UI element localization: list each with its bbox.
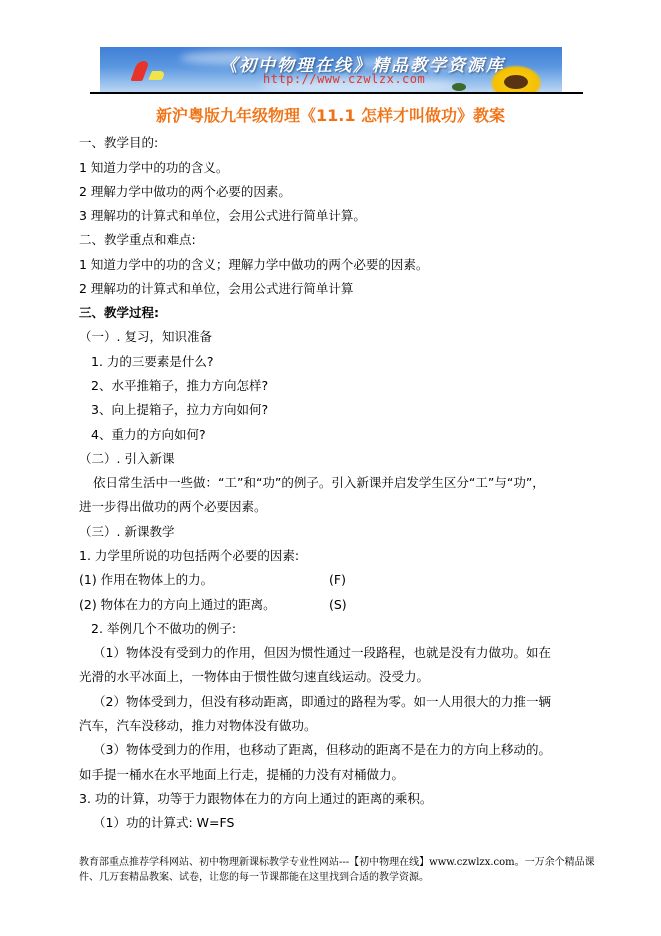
logo-icon-accent (148, 71, 166, 80)
text-line: 光滑的水平冰面上，一物体由于惯性做匀速直线运动。没受力。 (79, 669, 429, 685)
text-line: 如手提一桶水在水平地面上行走，提桶的力没有对桶做力。 (79, 767, 404, 783)
text-line: （3）物体受到力的作用，也移动了距离，但移动的距离不是在力的方向上移动的。 (93, 742, 551, 758)
text-line: 1. 力的三要素是什么? (91, 354, 214, 370)
footer-line-1: 教育部重点推荐学科网站、初中物理新课标教学专业性网站---【初中物理在线】www… (79, 856, 595, 870)
section-heading: 三、教学过程: (79, 305, 159, 321)
text-line: 1. 力学里所说的功包括两个必要的因素: (79, 548, 299, 564)
text-line: 一、教学目的: (79, 135, 158, 151)
text-line: 进一步得出做功的两个必要因素。 (79, 499, 267, 515)
text-line: 2、水平推箱子，推力方向怎样? (91, 378, 268, 394)
text-line: 2 理解力学中做功的两个必要的因素。 (79, 184, 291, 200)
banner-url-link[interactable]: http://www.czwlzx.com (263, 72, 425, 86)
text-line: 4、重力的方向如何? (91, 427, 206, 443)
text-line: 二、教学重点和难点: (79, 232, 196, 248)
leaf-decoration (452, 83, 466, 91)
text-line: 3 理解功的计算式和单位，会用公式进行简单计算。 (79, 208, 366, 224)
text-line: (2) 物体在力的方向上通过的距离。 (79, 597, 276, 613)
header-divider (90, 92, 583, 94)
text-line: 1 知道力学中的功的含义；理解力学中做功的两个必要的因素。 (79, 257, 428, 273)
text-line: (F) (329, 572, 346, 588)
text-line: 依日常生活中一些做：“工”和“功”的例子。引入新课并启发学生区分“工”与“功”， (93, 475, 545, 491)
text-line: (1) 作用在物体上的力。 (79, 572, 213, 588)
document-title: 新沪粤版九年级物理《11.1 怎样才叫做功》教案 (0, 103, 661, 126)
text-line: （2）物体受到力，但没有移动距离，即通过的路程为零。如一人用很大的力推一辆 (93, 694, 551, 710)
text-line: （1）功的计算式: W=FS (93, 815, 234, 831)
site-banner[interactable]: 《初中物理在线》精品教学资源库 http://www.czwlzx.com (100, 47, 562, 92)
text-line: 2. 举例几个不做功的例子: (91, 621, 236, 637)
text-line: （1）物体没有受到力的作用，但因为惯性通过一段路程，也就是没有力做功。如在 (93, 645, 551, 661)
text-line: 1 知道力学中的功的含义。 (79, 160, 228, 176)
text-line: (S) (329, 597, 347, 613)
sunflower-image (490, 65, 542, 92)
text-line: 汽车，汽车没移动，推力对物体没有做功。 (79, 718, 317, 734)
footer-line-2: 件、几万套精品教案、试卷，让您的每一节课都能在这里找到合适的教学资源。 (79, 871, 429, 885)
text-line: （一）. 复习，知识准备 (79, 329, 212, 345)
text-line: （三）. 新课教学 (79, 524, 174, 540)
text-line: 3、向上提箱子，拉力方向如何? (91, 402, 268, 418)
text-line: 3. 功的计算，功等于力跟物体在力的方向上通过的距离的乘积。 (79, 791, 432, 807)
text-line: （二）. 引入新课 (79, 451, 174, 467)
logo-icon (130, 61, 149, 81)
text-line: 2 理解功的计算式和单位，会用公式进行简单计算 (79, 281, 353, 297)
